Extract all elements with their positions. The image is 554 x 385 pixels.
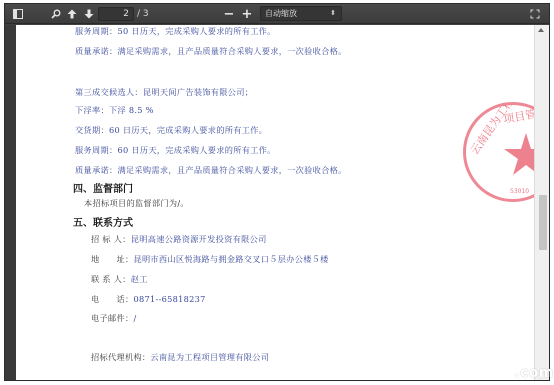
contact-row-tenderer: 招 标 人：昆明高速公路资源开发投资有限公司 [91,234,267,245]
next-page-button[interactable] [81,6,97,22]
contact-row-person: 联 系 人：赵工 [91,274,148,285]
watermark-text: .com [514,365,554,381]
agency-label: 招标代理机构： [91,352,150,362]
section-heading-supervision: 四、监督部门 [73,180,133,195]
doc-line-quality-2: 质量承诺：满足采购需求，且产品质量符合采购人要求，一次验收合格。 [75,46,347,57]
pdf-viewer-window: 2 / 3 − + 自动缩放 ⬍ 服务周期：50 日历天，完成采购人要求的所有工… [4,3,550,381]
search-icon [51,9,61,19]
pdf-page: 服务周期：50 日历天，完成采购人要求的所有工作。 质量承诺：满足采购需求，且产… [16,25,534,380]
contact-value: 昆明市西山区悦海路与拥金路交叉口５层办公楼５楼 [133,254,328,264]
doc-line-discount-rate: 下浮率：下浮 8.5 % [75,105,154,116]
arrow-down-icon [84,9,94,19]
contact-label: 联 系 人： [91,274,131,284]
contact-label: 地 址： [91,254,133,264]
document-viewer[interactable]: 服务周期：50 日历天，完成采购人要求的所有工作。 质量承诺：满足采购需求，且产… [5,25,549,380]
contact-row-email: 电子邮件：/ [91,313,137,324]
sidebar-icon [13,9,23,19]
arrow-up-icon [67,9,77,19]
contact-value: / [133,313,136,323]
section-heading-contact: 五、联系方式 [73,214,133,229]
fullscreen-icon [530,9,540,19]
scroll-up-icon[interactable] [538,28,544,32]
page-number-input[interactable]: 2 [98,7,134,21]
doc-line-service-period-2: 服务周期：50 日历天，完成采购人要求的所有工作。 [75,26,276,37]
page-count-label: / 3 [137,8,149,20]
presentation-mode-button[interactable] [527,6,543,22]
zoom-in-button[interactable]: + [239,6,255,22]
doc-line-service-period-3: 服务周期：60 日历天，完成采购人要求的所有工作。 [75,145,276,156]
svg-text:53010: 53010 [510,188,529,195]
select-arrows-icon: ⬍ [330,7,336,20]
contact-value: 赵工 [131,274,148,284]
zoom-select-value: 自动缩放 [265,9,297,18]
doc-line-delivery: 交货期：60 日历天，完成采购人要求的所有工作。 [75,125,267,136]
previous-page-button[interactable] [64,6,80,22]
viewer-gutter [5,25,16,380]
scrollbar-thumb[interactable] [539,195,547,250]
supervision-body: 本招标项目的监督部门为/。 [84,198,189,209]
contact-value: 昆明高速公路资源开发投资有限公司 [131,234,267,244]
company-seal: 云南昆为工程 项目管理 53010 [463,102,534,202]
contact-row-address: 地 址：昆明市西山区悦海路与拥金路交叉口５层办公楼５楼 [91,254,329,265]
vertical-scrollbar[interactable] [534,25,549,380]
zoom-select[interactable]: 自动缩放 ⬍ [260,6,342,21]
contact-label: 招 标 人： [91,234,131,244]
contact-value: 0871--65818237 [133,294,205,304]
agency-value: 云南昆为工程项目管理有限公司 [150,352,269,362]
sidebar-toggle-button[interactable] [10,6,26,22]
contact-row-phone: 电 话：0871--65818237 [91,294,206,305]
contact-label: 电子邮件： [91,313,133,323]
find-button[interactable] [48,6,64,22]
contact-row-agency: 招标代理机构：云南昆为工程项目管理有限公司 [91,352,269,363]
doc-line-quality-3: 质量承诺：满足采购需求，且产品质量符合采购人要求，一次验收合格。 [75,165,347,176]
pdf-toolbar: 2 / 3 − + 自动缩放 ⬍ [5,4,549,24]
doc-line-third-candidate: 第三成交候选人：昆明天间广告装饰有限公司； [75,87,253,98]
contact-label: 电 话： [91,294,133,304]
zoom-out-button[interactable]: − [221,6,237,22]
